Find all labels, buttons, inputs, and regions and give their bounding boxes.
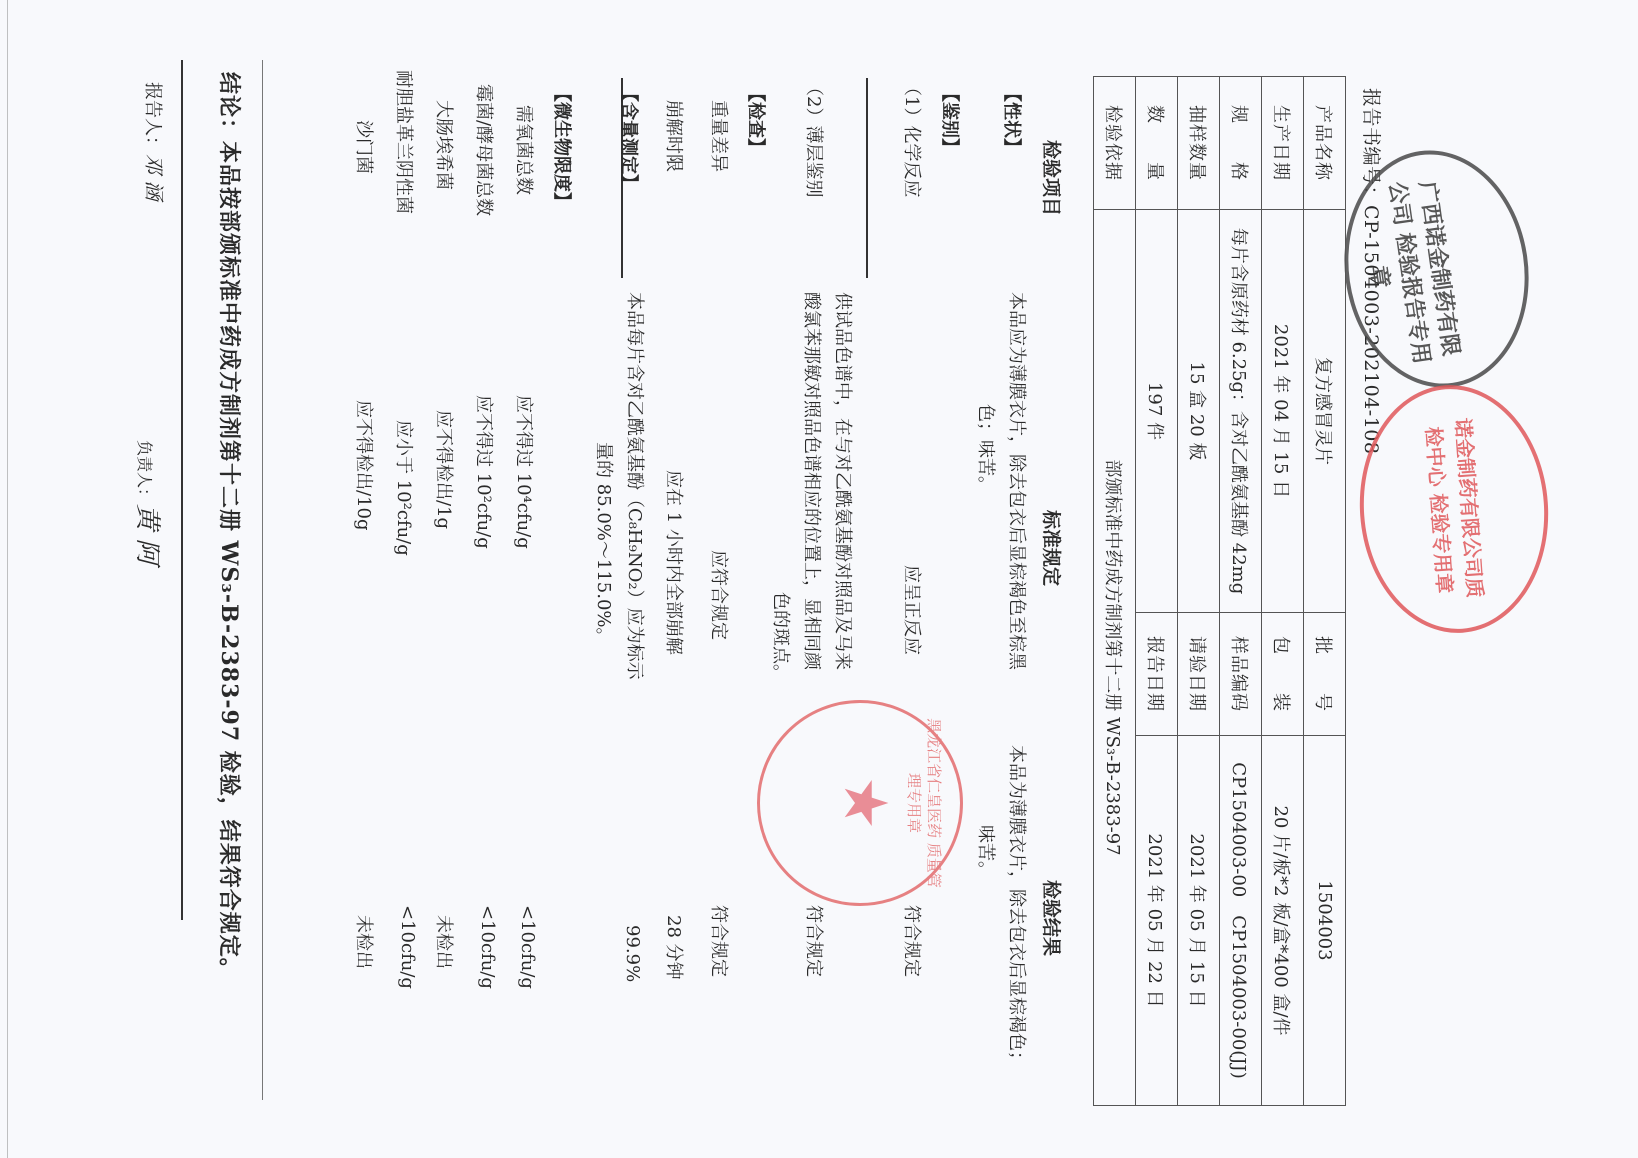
tlc-standard-line: 色的斑点。	[765, 292, 796, 682]
responsible-signature: 黄 阿	[132, 504, 162, 564]
info-label: 批 号	[1304, 613, 1346, 736]
section-inspection: 【检查】	[744, 84, 770, 156]
star-icon: ★	[830, 703, 900, 903]
result-bile-tolerant: <10cfu/g	[397, 905, 418, 989]
info-label: 抽样数量	[1178, 77, 1220, 210]
divider	[262, 60, 263, 1100]
info-label: 规 格	[1220, 77, 1262, 210]
standard-mold-yeast: 应不得过 10²cfu/g	[472, 395, 498, 549]
info-label: 生产日期	[1262, 77, 1304, 210]
gray-stamp-text: 广西诺金制药有限公司 检验报告专用章	[1351, 172, 1467, 373]
inspection-report-page: 报告书编号：CP-1504003-202104-108 广西诺金制药有限公司 检…	[0, 0, 1638, 1158]
conclusion-label: 结论：	[216, 72, 242, 141]
standard-bile-tolerant: 应小于 10²cfu/g	[392, 420, 418, 556]
info-row-basis: 检验依据 部颁标准中药成方制剂第十二册 WS₃-B-2383-97	[1094, 77, 1136, 1106]
result-salmonella: 未检出	[352, 915, 378, 969]
standard-chemical-reaction: 应呈正反应	[900, 565, 926, 655]
red-round-stamp-text: 黑龙江省仁皇医药 质量管理专用章	[904, 713, 944, 893]
item-salmonella: 沙门菌	[352, 120, 378, 174]
standard-salmonella: 应不得检出/10g	[352, 400, 378, 531]
reporter-signature: 邓 涵	[142, 154, 166, 200]
info-label: 请验日期	[1178, 613, 1220, 736]
character-standard-line: 色；味苦。	[970, 292, 1001, 670]
basis-label: 检验依据	[1094, 77, 1136, 210]
divider	[867, 78, 869, 278]
info-value: 1504003	[1304, 736, 1346, 1106]
standard-tlc: 供试品色谱中，在与对乙酰氨基酚对照品及马来 酸氯苯那敏对照品色谱相应的位置上，显…	[765, 292, 858, 682]
tlc-standard-line: 酸氯苯那敏对照品色谱相应的位置上，显相同颜	[796, 292, 827, 682]
item-tlc: （2）薄层鉴别	[802, 78, 828, 197]
info-row: 数 量 197 件 报告日期 2021 年 05 月 22 日	[1136, 77, 1178, 1106]
standard-assay: 本品每片含对乙酰氨基酚（C₈H₉NO₂）应为标示 量的 85.0%～115.0%…	[588, 292, 650, 680]
standard-aerobic-count: 应不得过 10⁴cfu/g	[512, 395, 538, 549]
info-row: 规 格 每片含原药材 6.25g：含对乙酰氨基酚 42mg 样品编码 CP150…	[1220, 77, 1262, 1106]
responsible-person: 负责人：黄 阿	[131, 440, 168, 564]
character-result: 本品为薄膜衣片，除去包衣后显棕褐色； 味苦。	[970, 745, 1032, 1069]
red-oval-stamp-text: 诺金制药有限公司质检中心 检验专用章	[1417, 412, 1490, 606]
item-e-coli: 大肠埃希菌	[432, 100, 458, 190]
info-row: 产品名称 复方感冒灵片 批 号 1504003	[1304, 77, 1346, 1106]
reporter-label: 报告人：	[142, 82, 163, 154]
info-label: 报告日期	[1136, 613, 1178, 736]
item-disintegration: 崩解时限	[662, 100, 688, 172]
scan-edge	[7, 0, 8, 1158]
product-info-table: 产品名称 复方感冒灵片 批 号 1504003 生产日期 2021 年 04 月…	[1093, 76, 1346, 1106]
section-microbial: 【微生物限度】	[550, 84, 576, 210]
item-aerobic-count: 需氧菌总数	[512, 105, 538, 195]
info-value: 197 件	[1136, 210, 1178, 613]
item-chemical-reaction: （1）化学反应	[900, 78, 926, 197]
info-row: 抽样数量 15 盒 20 板 请验日期 2021 年 05 月 15 日	[1178, 77, 1220, 1106]
column-header-item: 检验项目	[1039, 140, 1066, 216]
character-result-line: 味苦。	[970, 745, 1001, 1069]
info-label: 包 装	[1262, 613, 1304, 736]
info-value: CP1504003-00 CP1504003-00(JJ)	[1220, 736, 1262, 1106]
item-bile-tolerant: 耐胆盐革兰阴性菌	[392, 70, 418, 214]
result-weight-variation: 符合规定	[707, 905, 733, 977]
result-aerobic-count: <10cfu/g	[517, 905, 538, 989]
basis-value: 部颁标准中药成方制剂第十二册 WS₃-B-2383-97	[1094, 210, 1136, 1106]
item-weight-variation: 重量差异	[707, 100, 733, 172]
result-assay: 99.9%	[622, 925, 643, 982]
result-tlc: 符合规定	[802, 905, 828, 977]
character-result-line: 本品为薄膜衣片，除去包衣后显棕褐色；	[1001, 745, 1032, 1069]
assay-standard-line: 本品每片含对乙酰氨基酚（C₈H₉NO₂）应为标示	[619, 292, 650, 680]
info-value: 2021 年 05 月 22 日	[1136, 736, 1178, 1106]
result-chemical-reaction: 符合规定	[900, 905, 926, 977]
section-character: 【性状】	[1000, 84, 1026, 156]
conclusion: 结论：本品按部颁标准中药成方制剂第十二册 WS₃-B-2383-97 检验，结果…	[215, 72, 246, 981]
info-label: 数 量	[1136, 77, 1178, 210]
divider	[182, 60, 184, 920]
info-value: 每片含原药材 6.25g：含对乙酰氨基酚 42mg	[1220, 210, 1262, 613]
column-header-result: 检验结果	[1039, 880, 1066, 956]
hospital-red-round-stamp: ★ 黑龙江省仁皇医药 质量管理专用章	[757, 700, 963, 906]
result-e-coli: 未检出	[432, 915, 458, 969]
character-standard-line: 本品应为薄膜衣片，除去包衣后显棕褐色至棕黑	[1001, 292, 1032, 670]
responsible-label: 负责人：	[135, 440, 154, 504]
conclusion-text: 本品按部颁标准中药成方制剂第十二册 WS₃-B-2383-97 检验，结果符合规…	[216, 141, 242, 981]
info-value: 复方感冒灵片	[1304, 210, 1346, 613]
reporter: 报告人：邓 涵	[141, 82, 170, 200]
info-value: 2021 年 04 月 15 日	[1262, 210, 1304, 613]
section-assay: 【含量测定】	[617, 84, 643, 192]
standard-disintegration: 应在 1 小时内全部崩解	[662, 470, 688, 655]
character-standard: 本品应为薄膜衣片，除去包衣后显棕褐色至棕黑 色；味苦。	[970, 292, 1032, 670]
info-label: 产品名称	[1304, 77, 1346, 210]
result-mold-yeast: <10cfu/g	[477, 905, 498, 989]
info-value: 15 盒 20 板	[1178, 210, 1220, 613]
column-header-standard: 标准规定	[1039, 510, 1066, 586]
standard-weight-variation: 应符合规定	[707, 550, 733, 640]
info-row: 生产日期 2021 年 04 月 15 日 包 装 20 片/板*2 板/盒*4…	[1262, 77, 1304, 1106]
result-disintegration: 28 分钟	[662, 915, 688, 980]
item-mold-yeast: 霉菌/酵母菌总数	[472, 84, 498, 216]
tlc-standard-line: 供试品色谱中，在与对乙酰氨基酚对照品及马来	[827, 292, 858, 682]
info-value: 2021 年 05 月 15 日	[1178, 736, 1220, 1106]
standard-e-coli: 应不得检出/1g	[432, 410, 458, 529]
info-value: 20 片/板*2 板/盒*400 盒/件	[1262, 736, 1304, 1106]
assay-standard-line: 量的 85.0%～115.0%。	[588, 292, 619, 680]
section-identification: 【鉴别】	[938, 84, 964, 156]
info-label: 样品编码	[1220, 613, 1262, 736]
